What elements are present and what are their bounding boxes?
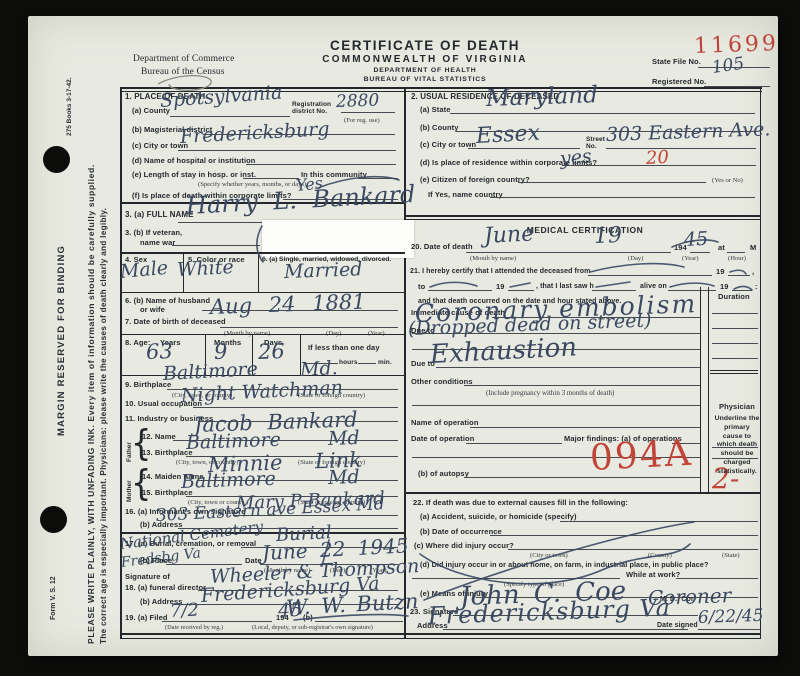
red-code-stamp-094a: 094A [589, 433, 694, 479]
date-signed-entry: 6/22/45 [698, 606, 764, 628]
hour-caption: (Hour) [728, 255, 746, 262]
rule [732, 290, 752, 291]
date-of-death-label: 20. Date of death [411, 243, 473, 252]
commonwealth-subtitle: COMMONWEALTH OF VIRGINIA [270, 54, 580, 66]
rule [193, 407, 398, 408]
rule [698, 629, 760, 630]
marital-entry: Married [284, 258, 363, 283]
residence-state-label: (a) State [420, 106, 451, 115]
date-of-operation-label: Date of operation [411, 435, 474, 444]
spouse-label-2: or wife [140, 306, 165, 315]
state-file-no-label: State File No. [652, 58, 701, 67]
punch-hole-bottom [40, 506, 67, 533]
rule [464, 385, 700, 386]
rule [412, 405, 700, 406]
rule [712, 313, 758, 314]
rule [120, 638, 761, 639]
rule [450, 113, 755, 114]
rule [490, 535, 758, 536]
name-war-label: name war [140, 239, 175, 248]
rule [760, 87, 761, 638]
less-than-one-day-label: If less than one day [308, 344, 380, 353]
year-caption: (Year) [682, 255, 699, 262]
rule [708, 287, 709, 492]
funeral-director-label: 18. (a) funeral director [125, 584, 206, 593]
red-code-20: 20 [645, 147, 669, 169]
rule [120, 334, 405, 335]
physician-sidebar-header: Physician [719, 403, 755, 412]
rule [258, 252, 259, 292]
nineteen-label: 19 [720, 283, 729, 292]
rule [490, 197, 755, 198]
nineteen-label: 19 [716, 268, 725, 277]
residence-county-label: (b) County [420, 124, 459, 133]
rule [220, 327, 398, 328]
rule [712, 358, 758, 359]
colon-label: : [755, 283, 758, 292]
rule [728, 275, 750, 276]
county-caption: (County) [648, 552, 672, 559]
death-year-entry: 45 [683, 228, 708, 251]
citizen-label: (e) Citizen of foreign country? [420, 176, 530, 185]
father-name-label: 12. Name [142, 433, 176, 442]
rule [470, 427, 700, 428]
duration-header: Duration [718, 293, 750, 302]
state-caption: (State) [722, 552, 740, 559]
meridiem-label: M [750, 244, 756, 253]
date-received-caption: (Date received by reg.) [165, 624, 223, 631]
rule [712, 328, 758, 329]
if-veteran-label: 3. (b) If veteran, [125, 229, 182, 238]
mother-bracket: { [131, 462, 151, 504]
rule [315, 621, 403, 622]
rule [120, 252, 405, 254]
min-label: min. [378, 359, 392, 366]
hospital-label: (d) Name of hospital or institution [132, 157, 256, 166]
margin-binding-note: MARGIN RESERVED FOR BINDING [56, 245, 67, 436]
registrar-signature-caption: (Local, deputy, or sub-registrar's own s… [252, 624, 373, 631]
physician-underline-note: Underline the primary cause to which dea… [714, 415, 760, 477]
margin-correct-age-note: The correct age is especially important.… [99, 208, 108, 644]
name-country-label: If Yes, name country [428, 191, 503, 200]
rule [178, 150, 396, 151]
margin-write-plainly-note: PLEASE WRITE PLAINLY, WITH UNFADING INK.… [86, 164, 96, 644]
yes-or-no-caption: (Yes or No) [712, 177, 743, 184]
rule [243, 178, 299, 179]
rule [341, 112, 395, 113]
date-signed-label: Date signed [657, 622, 698, 630]
bureau-census-line: Bureau of the Census [141, 67, 225, 78]
dept-health-line: DEPARTMENT OF HEALTH [270, 67, 580, 75]
signature-of-label: Signature of [125, 573, 170, 582]
month-by-name-caption: (Month by name) [470, 255, 516, 262]
nineteen-label: 19 [496, 283, 505, 292]
day-caption: (Day) [628, 255, 643, 262]
to-label: to [418, 283, 425, 292]
rule [606, 148, 756, 149]
margin-form-number: Form V. S. 12 [50, 576, 57, 620]
residence-state-entry: Maryland [486, 82, 599, 112]
rule [712, 343, 758, 344]
length-of-stay-label: (e) Length of stay in hosp. or inst. [132, 171, 256, 180]
hours-label: hours [339, 359, 358, 366]
where-injury-label: (c) Where did injury occur? [414, 542, 514, 551]
rule [588, 275, 712, 276]
father-birthplace-state-entry: Md [328, 427, 360, 450]
rule [710, 370, 758, 371]
rule [405, 219, 761, 220]
rule [172, 245, 260, 246]
registration-district-entry: 2880 [336, 90, 380, 111]
rule [710, 373, 758, 374]
rule [405, 492, 761, 494]
death-day-entry: 19 [594, 223, 623, 249]
rule [405, 215, 761, 217]
rule [170, 116, 290, 117]
punch-hole-top [43, 146, 70, 173]
registration-district-label: district No. [292, 108, 327, 115]
rule [690, 252, 710, 253]
rule [508, 290, 534, 291]
mother-birthplace-city-entry: Baltimore [181, 468, 277, 493]
rule [358, 178, 398, 179]
rule [700, 287, 701, 492]
rule [246, 164, 396, 165]
residence-city-entry: Essex [475, 121, 540, 149]
rule [120, 633, 761, 635]
dept-commerce-line: Department of Commerce [133, 54, 234, 65]
rule [358, 363, 376, 364]
pregnancy-caption: (Include pregnancy within 3 months of de… [486, 389, 614, 397]
city-or-town-caption: (City or town) [530, 552, 568, 559]
external-causes-title: 22. If death was due to external causes … [413, 499, 628, 508]
name-of-operation-label: Name of operation [411, 419, 479, 428]
rule [443, 629, 688, 630]
father-bracket: { [131, 422, 151, 464]
rule [560, 521, 758, 522]
rule [466, 252, 671, 253]
rule [518, 182, 706, 183]
death-month-entry: June [483, 221, 534, 249]
margin-books-note: 275 Books 3-17-42. [66, 77, 73, 136]
sex-entry: Male [119, 257, 169, 283]
rule [508, 549, 758, 550]
injury-location-label: (d) Did injury occur in or about home, o… [420, 561, 708, 569]
while-at-work-label: While at work? [626, 571, 680, 580]
rule [428, 290, 492, 291]
spouse-label: 6. (b) Name of husband [125, 297, 210, 306]
full-name-label: 3. (a) FULL NAME [125, 210, 194, 219]
rule [464, 477, 700, 478]
rule [676, 578, 758, 579]
father-birthplace-label: 13. Birthplace [142, 449, 193, 458]
rule [466, 443, 562, 444]
mother-birthplace-state-entry: Md [328, 466, 360, 489]
race-entry: White [176, 256, 234, 281]
residence-corporate-entry: yes [559, 145, 593, 170]
accident-suicide-label: (a) Accident, suicide, or homicide (spec… [420, 513, 577, 522]
age-days-entry: 26 [258, 339, 286, 364]
filed-date-entry: 7/2 [169, 599, 199, 621]
at-label: at [718, 244, 725, 253]
certify-line-1: 21. I hereby certify that I attended the… [410, 268, 590, 276]
of-autopsy-label: (b) of autopsy [418, 470, 469, 479]
date-of-birth-label: 7. Date of birth of deceased [125, 318, 226, 327]
certify-line-2: , that I last saw h [536, 283, 594, 291]
age-years-entry: 63 [146, 339, 174, 364]
certificate-title: CERTIFICATE OF DEATH [270, 38, 580, 54]
for-reg-use-caption: (For reg. use) [344, 117, 380, 124]
comma-label: , [752, 268, 754, 277]
bureau-vital-stats-line: BUREAU OF VITAL STATISTICS [270, 76, 580, 84]
registered-no-label: Registered No. [652, 78, 706, 87]
rule [727, 252, 745, 253]
photograph-of-death-certificate: 275 Books 3-17-42. MARGIN RESERVED FOR B… [0, 0, 800, 676]
